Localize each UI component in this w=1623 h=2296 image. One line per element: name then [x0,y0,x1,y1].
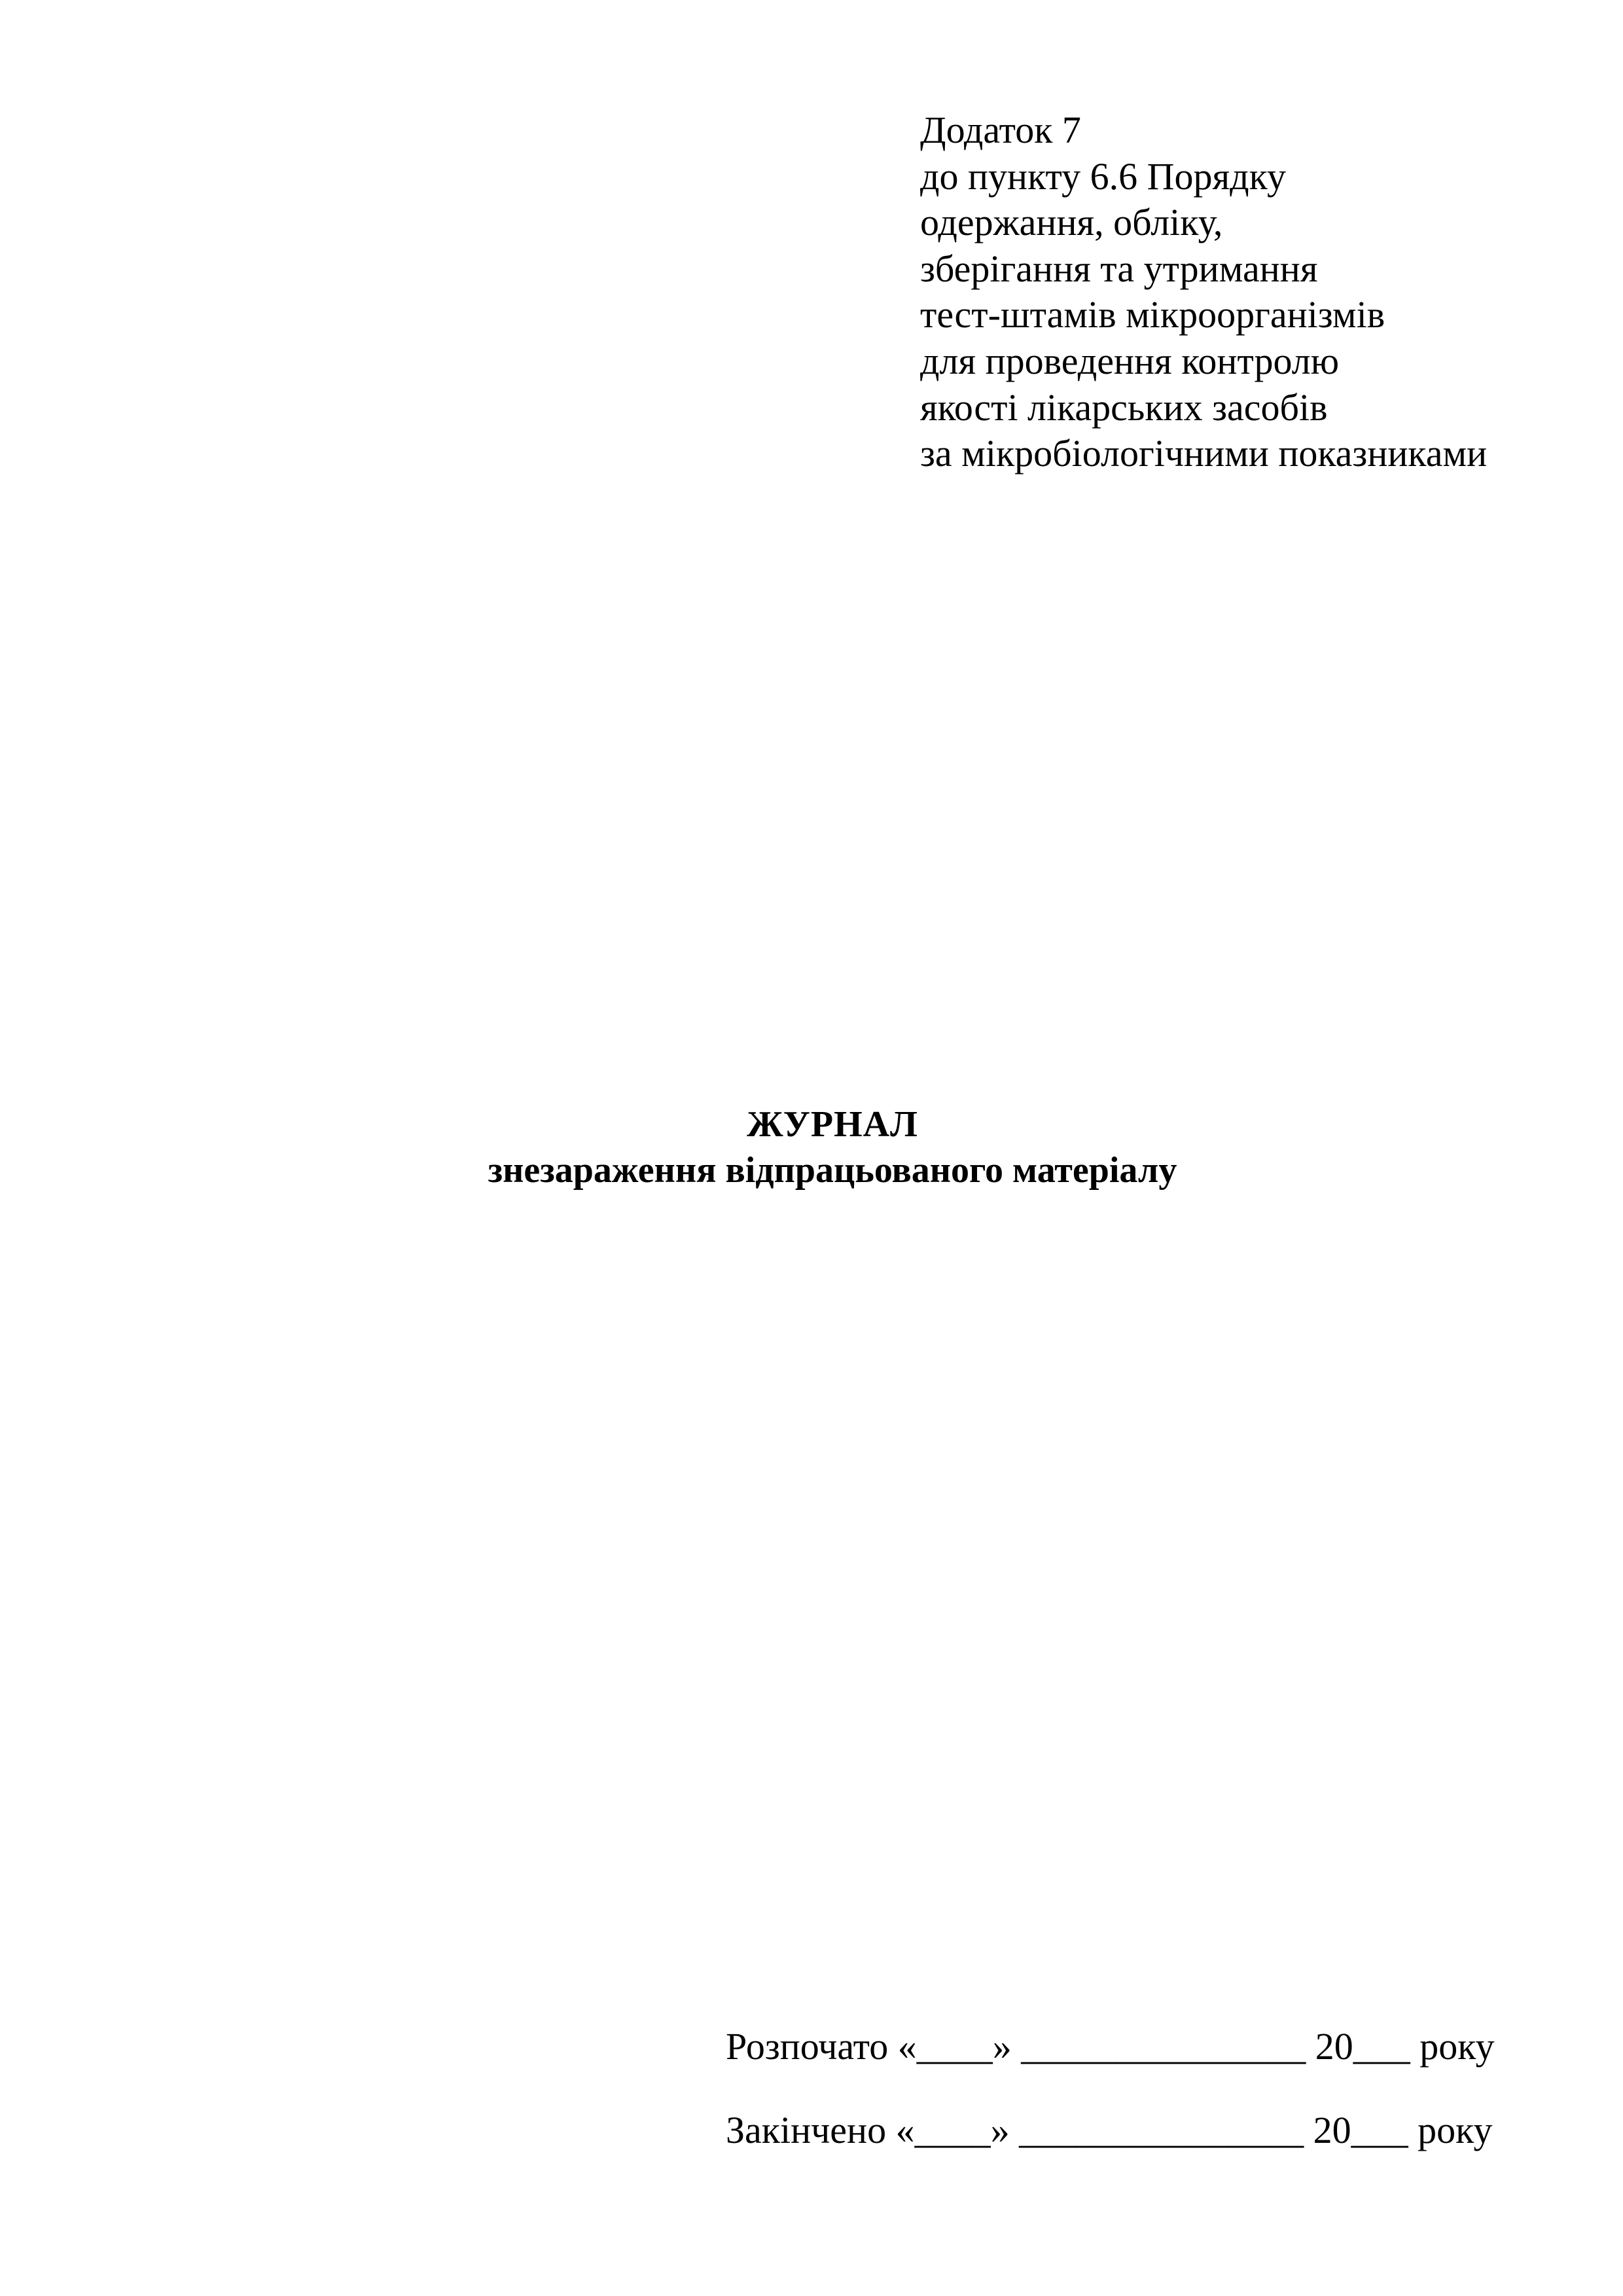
document-page: Додаток 7 до пункту 6.6 Порядку одержанн… [0,0,1623,2296]
appendix-line: одержання, обліку, [920,200,1487,246]
appendix-line: якості лікарських засобів [920,385,1487,431]
appendix-line: тест-штамів мікроорганізмів [920,292,1487,338]
appendix-reference-block: Додаток 7 до пункту 6.6 Порядку одержанн… [920,107,1487,477]
journal-dates: Розпочато «____» _______________ 20___ р… [726,2024,1495,2191]
started-date-line: Розпочато «____» _______________ 20___ р… [726,2024,1495,2108]
appendix-line: до пункту 6.6 Порядку [920,154,1487,200]
appendix-line: зберігання та утримання [920,246,1487,293]
finished-date-line: Закінчено «____» _______________ 20___ р… [726,2108,1495,2191]
journal-title: ЖУРНАЛ [0,1102,1623,1147]
journal-heading: ЖУРНАЛ знезараження відпрацьованого мате… [0,1102,1623,1193]
journal-subtitle: знезараження відпрацьованого матеріалу [0,1147,1623,1193]
appendix-line: Додаток 7 [920,107,1487,154]
appendix-line: для проведення контролю [920,338,1487,385]
appendix-line: за мікробіологічними показниками [920,431,1487,477]
